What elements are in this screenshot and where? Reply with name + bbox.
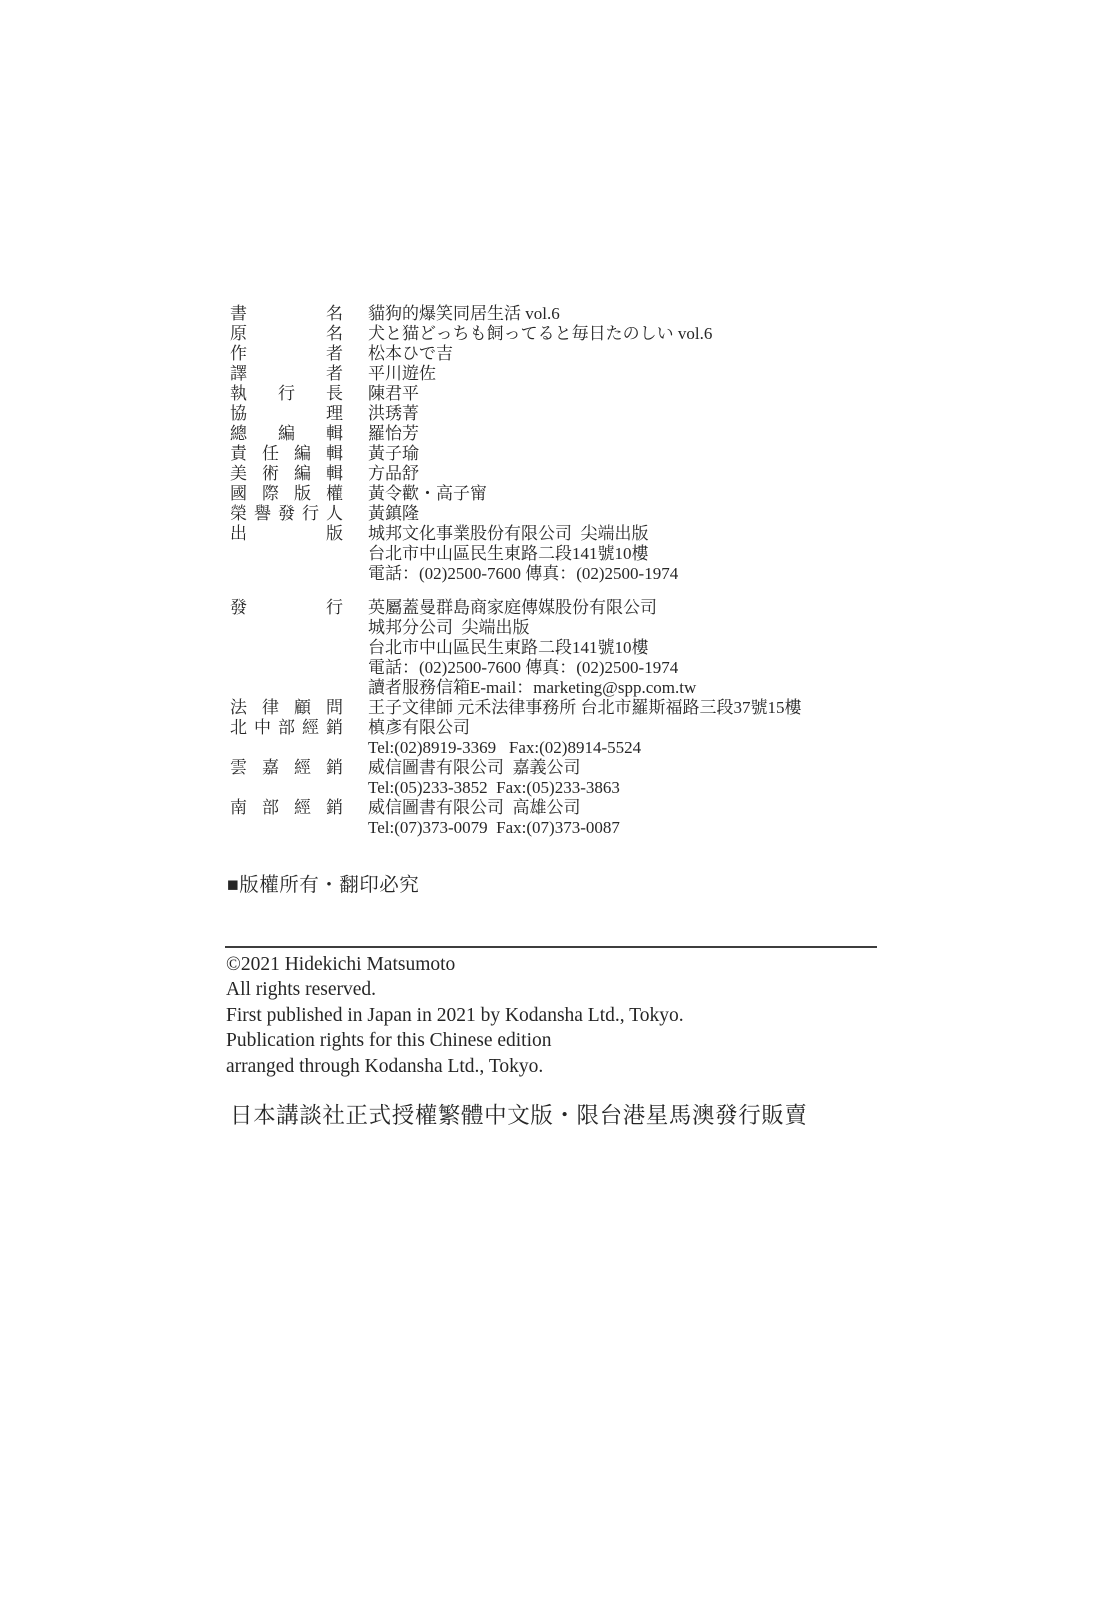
field-label-char: 行 [326, 598, 343, 618]
field-label: 總編輯 [230, 424, 343, 444]
field-value: 英屬蓋曼群島商家庭傳媒股份有限公司城邦分公司 尖端出版台北市中山區民生東路二段1… [368, 598, 696, 698]
colophon-table: 書名貓狗的爆笑同居生活 vol.6原名犬と猫どっちも飼ってると毎日たのしい vo… [230, 304, 802, 838]
field-value: 犬と猫どっちも飼ってると毎日たのしい vol.6 [368, 324, 712, 344]
field-label-char: 編 [278, 424, 295, 444]
field-value: 黃令歡・高子甯 [368, 484, 487, 504]
field-label-char: 經 [294, 758, 311, 778]
field-label: 譯者 [230, 364, 343, 384]
field-value: 王子文律師 元禾法律事務所 台北市羅斯福路三段37號15樓 [368, 698, 802, 718]
field-label: 出版 [230, 524, 343, 544]
field-label-char: 人 [326, 504, 343, 524]
field-label: 發行 [230, 598, 343, 618]
field-value-line: 陳君平 [368, 384, 419, 404]
field-label-char: 總 [230, 424, 247, 444]
field-label-char: 名 [326, 304, 343, 324]
field-value-line: 英屬蓋曼群島商家庭傳媒股份有限公司 [368, 598, 696, 618]
field-label: 書名 [230, 304, 343, 324]
field-label-char: 任 [262, 444, 279, 464]
colophon-row: 雲嘉經銷威信圖書有限公司 嘉義公司Tel:(05)233-3852 Fax:(0… [230, 758, 802, 798]
field-label-char: 雲 [230, 758, 247, 778]
field-value-line: 羅怡芳 [368, 424, 419, 444]
english-copyright-line: Publication rights for this Chinese edit… [226, 1028, 684, 1053]
field-label-char: 部 [278, 718, 295, 738]
field-value: 黃鎮隆 [368, 504, 419, 524]
field-label-char: 名 [326, 324, 343, 344]
field-value: 松本ひで吉 [368, 344, 453, 364]
field-value-line: 黃令歡・高子甯 [368, 484, 487, 504]
field-label-char: 者 [326, 344, 343, 364]
license-line: 日本講談社正式授權繁體中文版・限台港星馬澳發行販賣 [230, 1098, 808, 1130]
field-value-line: 台北市中山區民生東路二段141號10樓 [368, 638, 696, 658]
field-label-char: 南 [230, 798, 247, 818]
field-label: 北中部經銷 [230, 718, 343, 738]
field-label-char: 輯 [326, 464, 343, 484]
colophon-row: 南部經銷威信圖書有限公司 高雄公司Tel:(07)373-0079 Fax:(0… [230, 798, 802, 838]
field-label-char: 行 [278, 384, 295, 404]
field-label-char: 譽 [254, 504, 271, 524]
field-label-char: 國 [230, 484, 247, 504]
field-value-line: 城邦文化事業股份有限公司 尖端出版 [368, 524, 678, 544]
field-label-char: 執 [230, 384, 247, 404]
field-value-line: 威信圖書有限公司 高雄公司 [368, 798, 620, 818]
english-copyright-line: First published in Japan in 2021 by Koda… [226, 1003, 684, 1028]
colophon-row: 原名犬と猫どっちも飼ってると毎日たのしい vol.6 [230, 324, 802, 344]
colophon-row: 總編輯羅怡芳 [230, 424, 802, 444]
field-label-char: 出 [230, 524, 247, 544]
english-copyright-line: arranged through Kodansha Ltd., Tokyo. [226, 1054, 684, 1079]
colophon-row: 書名貓狗的爆笑同居生活 vol.6 [230, 304, 802, 324]
field-label: 協理 [230, 404, 343, 424]
field-label-char: 編 [294, 444, 311, 464]
colophon-row: 出版城邦文化事業股份有限公司 尖端出版台北市中山區民生東路二段141號10樓電話… [230, 524, 802, 584]
colophon-row: 法律顧問王子文律師 元禾法律事務所 台北市羅斯福路三段37號15樓 [230, 698, 802, 718]
field-value: 黃子瑜 [368, 444, 419, 464]
field-value-line: Tel:(07)373-0079 Fax:(07)373-0087 [368, 818, 620, 838]
field-label: 雲嘉經銷 [230, 758, 343, 778]
field-value: 槙彥有限公司Tel:(02)8919-3369 Fax:(02)8914-552… [368, 718, 641, 758]
field-value-line: 城邦分公司 尖端出版 [368, 618, 696, 638]
field-label-char: 法 [230, 698, 247, 718]
field-label-char: 編 [294, 464, 311, 484]
field-value-line: 威信圖書有限公司 嘉義公司 [368, 758, 620, 778]
field-label-char: 責 [230, 444, 247, 464]
field-label: 責任編輯 [230, 444, 343, 464]
field-label-char: 嘉 [262, 758, 279, 778]
field-value: 方品舒 [368, 464, 419, 484]
field-label-char: 榮 [230, 504, 247, 524]
field-label: 南部經銷 [230, 798, 343, 818]
field-label-char: 作 [230, 344, 247, 364]
field-label: 執行長 [230, 384, 343, 404]
field-value: 威信圖書有限公司 高雄公司Tel:(07)373-0079 Fax:(07)37… [368, 798, 620, 838]
field-value-line: 平川遊佐 [368, 364, 436, 384]
colophon-page: 書名貓狗的爆笑同居生活 vol.6原名犬と猫どっちも飼ってると毎日たのしい vo… [0, 0, 1105, 1600]
field-label-char: 輯 [326, 424, 343, 444]
field-value-line: 王子文律師 元禾法律事務所 台北市羅斯福路三段37號15樓 [368, 698, 802, 718]
field-value: 平川遊佐 [368, 364, 436, 384]
field-label-char: 部 [262, 798, 279, 818]
field-label-char: 發 [230, 598, 247, 618]
field-value-line: 方品舒 [368, 464, 419, 484]
field-label-char: 北 [230, 718, 247, 738]
colophon-row: 作者松本ひで吉 [230, 344, 802, 364]
field-label: 榮譽發行人 [230, 504, 343, 524]
field-label-char: 術 [262, 464, 279, 484]
field-label-char: 輯 [326, 444, 343, 464]
english-copyright-line: All rights reserved. [226, 977, 684, 1002]
field-label: 作者 [230, 344, 343, 364]
field-label-char: 銷 [326, 718, 343, 738]
field-value-line: 電話：(02)2500-7600 傳真：(02)2500-1974 [368, 564, 678, 584]
field-label-char: 問 [326, 698, 343, 718]
field-label-char: 原 [230, 324, 247, 344]
field-value: 威信圖書有限公司 嘉義公司Tel:(05)233-3852 Fax:(05)23… [368, 758, 620, 798]
field-value-line: 洪琇菁 [368, 404, 419, 424]
field-value-line: 黃鎮隆 [368, 504, 419, 524]
field-label-char: 權 [326, 484, 343, 504]
colophon-row: 發行英屬蓋曼群島商家庭傳媒股份有限公司城邦分公司 尖端出版台北市中山區民生東路二… [230, 598, 802, 698]
field-value-line: Tel:(05)233-3852 Fax:(05)233-3863 [368, 778, 620, 798]
field-value-line: 黃子瑜 [368, 444, 419, 464]
field-label-char: 發 [278, 504, 295, 524]
field-label-char: 版 [326, 524, 343, 544]
field-value: 城邦文化事業股份有限公司 尖端出版台北市中山區民生東路二段141號10樓電話：(… [368, 524, 678, 584]
field-label: 原名 [230, 324, 343, 344]
field-value: 陳君平 [368, 384, 419, 404]
field-value: 貓狗的爆笑同居生活 vol.6 [368, 304, 560, 324]
field-value: 羅怡芳 [368, 424, 419, 444]
rights-notice: ■版權所有・翻印必究 [227, 869, 419, 897]
colophon-row: 協理洪琇菁 [230, 404, 802, 424]
field-label-char: 版 [294, 484, 311, 504]
field-label-char: 銷 [326, 798, 343, 818]
divider-rule [225, 946, 877, 948]
field-label-char: 顧 [294, 698, 311, 718]
english-copyright-line: ©2021 Hidekichi Matsumoto [226, 952, 684, 977]
field-label-char: 長 [326, 384, 343, 404]
colophon-row: 榮譽發行人黃鎮隆 [230, 504, 802, 524]
colophon-row: 北中部經銷槙彥有限公司Tel:(02)8919-3369 Fax:(02)891… [230, 718, 802, 758]
field-label: 國際版權 [230, 484, 343, 504]
field-label-char: 譯 [230, 364, 247, 384]
field-value-line: 犬と猫どっちも飼ってると毎日たのしい vol.6 [368, 324, 712, 344]
field-value-line: 槙彥有限公司 [368, 718, 641, 738]
field-label-char: 書 [230, 304, 247, 324]
field-label-char: 中 [254, 718, 271, 738]
english-copyright: ©2021 Hidekichi MatsumotoAll rights rese… [226, 952, 684, 1079]
field-label-char: 際 [262, 484, 279, 504]
field-label: 美術編輯 [230, 464, 343, 484]
field-label-char: 經 [294, 798, 311, 818]
field-label-char: 銷 [326, 758, 343, 778]
field-value-line: Tel:(02)8919-3369 Fax:(02)8914-5524 [368, 738, 641, 758]
field-label-char: 律 [262, 698, 279, 718]
field-value-line: 台北市中山區民生東路二段141號10樓 [368, 544, 678, 564]
colophon-row: 國際版權黃令歡・高子甯 [230, 484, 802, 504]
field-value-line: 貓狗的爆笑同居生活 vol.6 [368, 304, 560, 324]
field-label-char: 者 [326, 364, 343, 384]
field-label-char: 經 [302, 718, 319, 738]
field-value-line: 電話：(02)2500-7600 傳真：(02)2500-1974 [368, 658, 696, 678]
field-label-char: 理 [326, 404, 343, 424]
field-label-char: 美 [230, 464, 247, 484]
colophon-row: 責任編輯黃子瑜 [230, 444, 802, 464]
colophon-row: 譯者平川遊佐 [230, 364, 802, 384]
field-label-char: 行 [302, 504, 319, 524]
colophon-row: 美術編輯方品舒 [230, 464, 802, 484]
colophon-row: 執行長陳君平 [230, 384, 802, 404]
field-value-line: 讀者服務信箱E-mail：marketing@spp.com.tw [368, 678, 696, 698]
field-label: 法律顧問 [230, 698, 343, 718]
field-value: 洪琇菁 [368, 404, 419, 424]
field-value-line: 松本ひで吉 [368, 344, 453, 364]
field-label-char: 協 [230, 404, 247, 424]
